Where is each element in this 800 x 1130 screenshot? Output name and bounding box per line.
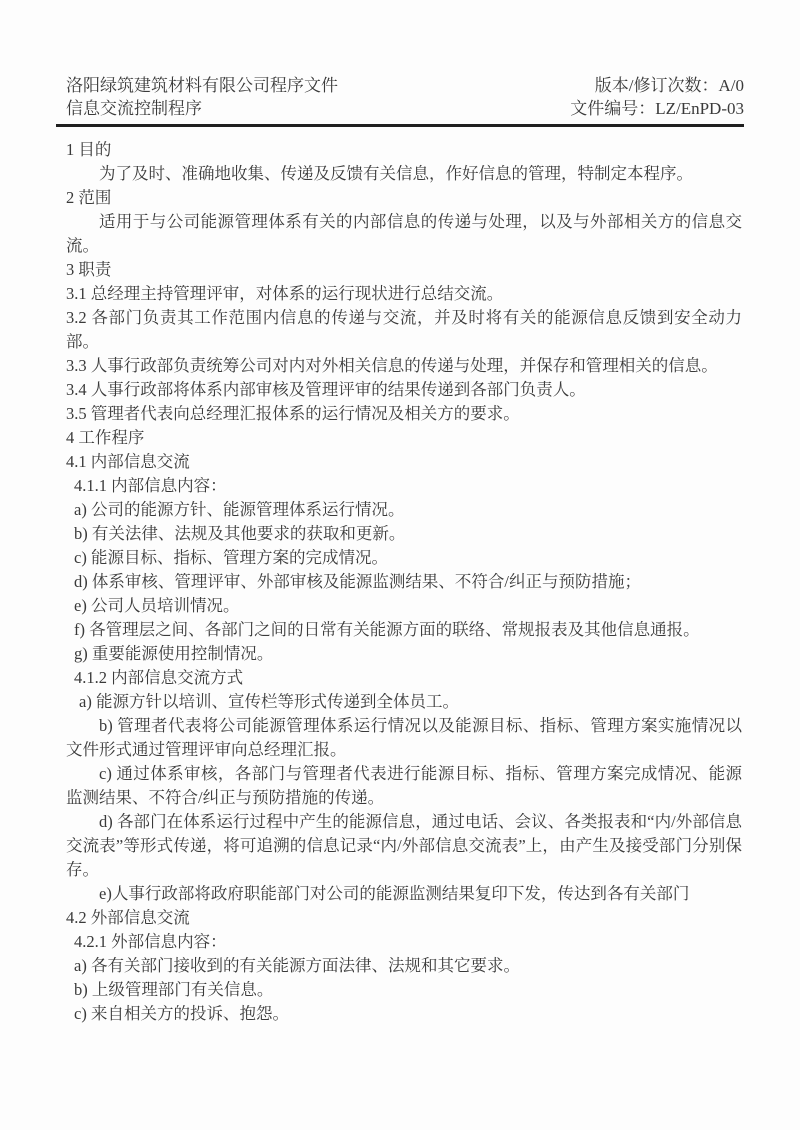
version-value: A/0 (719, 76, 745, 95)
paragraph: 3.3 人事行政部负责统筹公司对内对外相关信息的传递与处理，并保存和管理相关的信… (66, 354, 742, 378)
paragraph: b) 管理者代表将公司能源管理体系运行情况以及能源目标、指标、管理方案实施情况以… (66, 714, 742, 762)
section-heading: 2 范围 (66, 186, 742, 210)
section-heading: 3 职责 (66, 258, 742, 282)
list-item: c) 来自相关方的投诉、抱怨。 (66, 1002, 742, 1026)
company-name: 洛阳绿筑建筑材料有限公司程序文件 (66, 74, 338, 97)
paragraph: c) 通过体系审核，各部门与管理者代表进行能源目标、指标、管理方案完成情况、能源… (66, 762, 742, 810)
document-title: 信息交流控制程序 (66, 97, 338, 120)
subsection-heading: 4.1.2 内部信息交流方式 (66, 666, 742, 690)
section-heading: 4 工作程序 (66, 426, 742, 450)
paragraph: d) 各部门在体系运行过程中产生的能源信息，通过电话、会议、各类报表和“内/外部… (66, 810, 742, 882)
paragraph: e)人事行政部将政府职能部门对公司的能源监测结果复印下发，传达到各有关部门 (66, 882, 742, 906)
header-divider (56, 124, 744, 127)
doc-number-value: LZ/EnPD-03 (655, 99, 744, 118)
list-item: b) 有关法律、法规及其他要求的获取和更新。 (66, 522, 742, 546)
doc-number-line: 文件编号：LZ/EnPD-03 (570, 97, 744, 120)
paragraph: 3.5 管理者代表向总经理汇报体系的运行情况及相关方的要求。 (66, 402, 742, 426)
paragraph: 适用于与公司能源管理体系有关的内部信息的传递与处理，以及与外部相关方的信息交流。 (66, 210, 742, 258)
subsection-heading: 4.1.1 内部信息内容： (66, 474, 742, 498)
paragraph: 3.4 人事行政部将体系内部审核及管理评审的结果传递到各部门负责人。 (66, 378, 742, 402)
paragraph: 3.1 总经理主持管理评审，对体系的运行现状进行总结交流。 (66, 282, 742, 306)
section-heading: 1 目的 (66, 138, 742, 162)
list-item: e) 公司人员培训情况。 (66, 594, 742, 618)
list-item: a) 能源方针以培训、宣传栏等形式传递到全体员工。 (66, 690, 742, 714)
document-header: 洛阳绿筑建筑材料有限公司程序文件 信息交流控制程序 版本/修订次数：A/0 文件… (66, 74, 744, 120)
paragraph: 4.2 外部信息交流 (66, 906, 742, 930)
version-line: 版本/修订次数：A/0 (570, 74, 744, 97)
header-left: 洛阳绿筑建筑材料有限公司程序文件 信息交流控制程序 (66, 74, 338, 120)
version-label: 版本/修订次数： (595, 76, 719, 95)
list-item: g) 重要能源使用控制情况。 (66, 642, 742, 666)
paragraph: 为了及时、准确地收集、传递及反馈有关信息，作好信息的管理，特制定本程序。 (66, 162, 742, 186)
doc-number-label: 文件编号： (570, 99, 655, 118)
header-right: 版本/修订次数：A/0 文件编号：LZ/EnPD-03 (570, 74, 744, 120)
list-item: d) 体系审核、管理评审、外部审核及能源监测结果、不符合/纠正与预防措施； (66, 570, 742, 594)
list-item: f) 各管理层之间、各部门之间的日常有关能源方面的联络、常规报表及其他信息通报。 (66, 618, 742, 642)
list-item: a) 公司的能源方针、能源管理体系运行情况。 (66, 498, 742, 522)
paragraph: 4.1 内部信息交流 (66, 450, 742, 474)
list-item: a) 各有关部门接收到的有关能源方面法律、法规和其它要求。 (66, 954, 742, 978)
subsection-heading: 4.2.1 外部信息内容： (66, 930, 742, 954)
paragraph: 3.2 各部门负责其工作范围内信息的传递与交流，并及时将有关的能源信息反馈到安全… (66, 306, 742, 354)
list-item: c) 能源目标、指标、管理方案的完成情况。 (66, 546, 742, 570)
document-body: 1 目的为了及时、准确地收集、传递及反馈有关信息，作好信息的管理，特制定本程序。… (66, 138, 742, 1026)
document-page: 洛阳绿筑建筑材料有限公司程序文件 信息交流控制程序 版本/修订次数：A/0 文件… (0, 0, 800, 1130)
list-item: b) 上级管理部门有关信息。 (66, 978, 742, 1002)
